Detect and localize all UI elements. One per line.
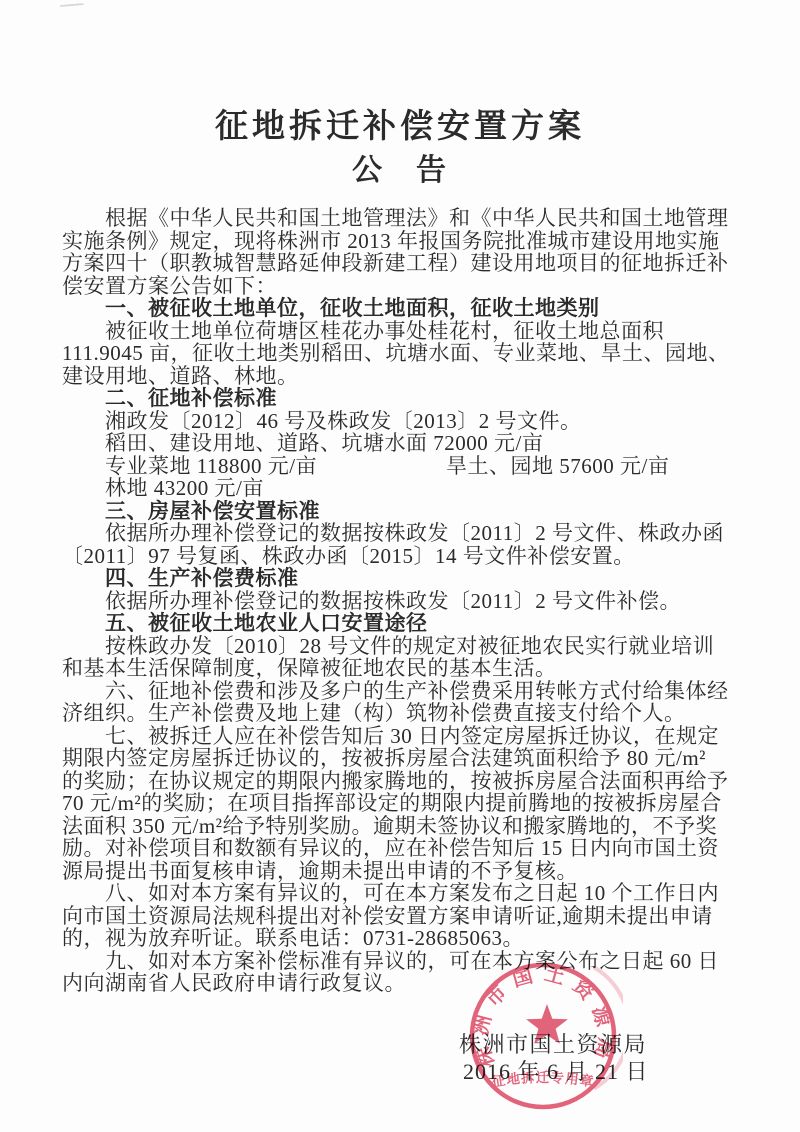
body-line: 偿安置方案公告如下： <box>62 275 744 298</box>
body-line: 一、被征收土地单位，征收土地面积，征收土地类别 <box>62 297 744 320</box>
body-line: 内向湖南省人民政府申请行政复议。 <box>62 972 744 995</box>
body-line: 〔2011〕97 号复函、株政办函〔2015〕14 号文件补偿安置。 <box>62 545 744 568</box>
body-line: 实施条例》规定，现将株洲市 2013 年报国务院批准城市建设用地实施 <box>62 230 744 253</box>
body-line: 六、征地补偿费和涉及多户的生产补偿费采用转帐方式付给集体经 <box>62 680 744 703</box>
body-line: 111.9045 亩，征收土地类别稻田、坑塘水面、专业菜地、旱土、园地、 <box>62 342 744 365</box>
body-line: 稻田、建设用地、道路、坑塘水面 72000 元/亩 <box>62 432 744 455</box>
body-line: 七、被拆迁人应在补偿告知后 30 日内签定房屋拆迁协议，在规定 <box>62 725 744 748</box>
scan-artifact <box>60 3 85 12</box>
body-line: 的奖励；在协议规定的期限内搬家腾地的，按被拆房屋合法面积再给予 <box>62 770 744 793</box>
body-line: 四、生产补偿费标准 <box>62 567 744 590</box>
body-line: 被征收土地单位荷塘区桂花办事处桂花村，征收土地总面积 <box>62 320 744 343</box>
body-line: 依据所办理补偿登记的数据按株政发〔2011〕2 号文件、株政办函 <box>62 522 744 545</box>
body-line: 向市国土资源局法规科提出对补偿安置方案申请听证,逾期未提出申请 <box>62 905 744 928</box>
official-seal-stamp: 株洲市国土资源局 征地拆迁专用章 <box>463 956 623 1116</box>
body-line: 期限内签定房屋拆迁协议的，按被拆房屋合法建筑面积给予 80 元/m² <box>62 747 744 770</box>
body-line: 依据所办理补偿登记的数据按株政发〔2011〕2 号文件补偿。 <box>62 590 744 613</box>
body-line: 九、如对本方案补偿标准有异议的，可在本方案公布之日起 60 日 <box>62 950 744 973</box>
body-line: 励。对补偿项目和数额有异议的，应在补偿告知后 15 日内向市国土资 <box>62 837 744 860</box>
seal-bottom-text: 征地拆迁专用章 <box>490 1069 595 1090</box>
document-body: 根据《中华人民共和国土地管理法》和《中华人民共和国土地管理实施条例》规定，现将株… <box>62 207 744 995</box>
star-icon <box>526 1004 568 1044</box>
body-line: 济组织。生产补偿费及地上建（构）筑物补偿费直接支付给个人。 <box>62 702 744 725</box>
body-line: 的，视为放弃听证。联系电话：0731-28685063。 <box>62 927 744 950</box>
body-line: 五、被征收土地农业人口安置途径 <box>62 612 744 635</box>
body-line: 二、征地补偿标准 <box>62 387 744 410</box>
body-line: 专业菜地 118800 元/亩 旱土、园地 57600 元/亩 <box>62 455 744 478</box>
body-line: 林地 43200 元/亩 <box>62 477 744 500</box>
body-line: 法面积 350 元/m²给予特别奖励。逾期未签协议和搬家腾地的，不予奖 <box>62 815 744 838</box>
body-line: 湘政发〔2012〕46 号及株政发〔2013〕2 号文件。 <box>62 410 744 433</box>
body-line: 八、如对本方案有异议的，可在本方案发布之日起 10 个工作日内 <box>62 882 744 905</box>
page-title: 征地拆迁补偿安置方案 <box>0 100 800 147</box>
seal-ring-text: 株洲市国土资源局 <box>468 961 617 1070</box>
body-line: 三、房屋补偿安置标准 <box>62 500 744 523</box>
body-line: 方案四十（职教城智慧路延伸段新建工程）建设用地项目的征地拆迁补 <box>62 252 744 275</box>
body-line: 按株政办发〔2010〕28 号文件的规定对被征地农民实行就业培训 <box>62 635 744 658</box>
body-line: 根据《中华人民共和国土地管理法》和《中华人民共和国土地管理 <box>62 207 744 230</box>
body-line: 和基本生活保障制度，保障被征地农民的基本生活。 <box>62 657 744 680</box>
document-page: 征地拆迁补偿安置方案 公 告 根据《中华人民共和国土地管理法》和《中华人民共和国… <box>0 0 800 1132</box>
body-line: 源局提出书面复核申请，逾期未提出申请的不予复核。 <box>62 860 744 883</box>
body-line: 建设用地、道路、林地。 <box>62 365 744 388</box>
page-subtitle: 公 告 <box>0 145 800 189</box>
body-line: 70 元/m²的奖励；在项目指挥部设定的期限内提前腾地的按被拆房屋合 <box>62 792 744 815</box>
